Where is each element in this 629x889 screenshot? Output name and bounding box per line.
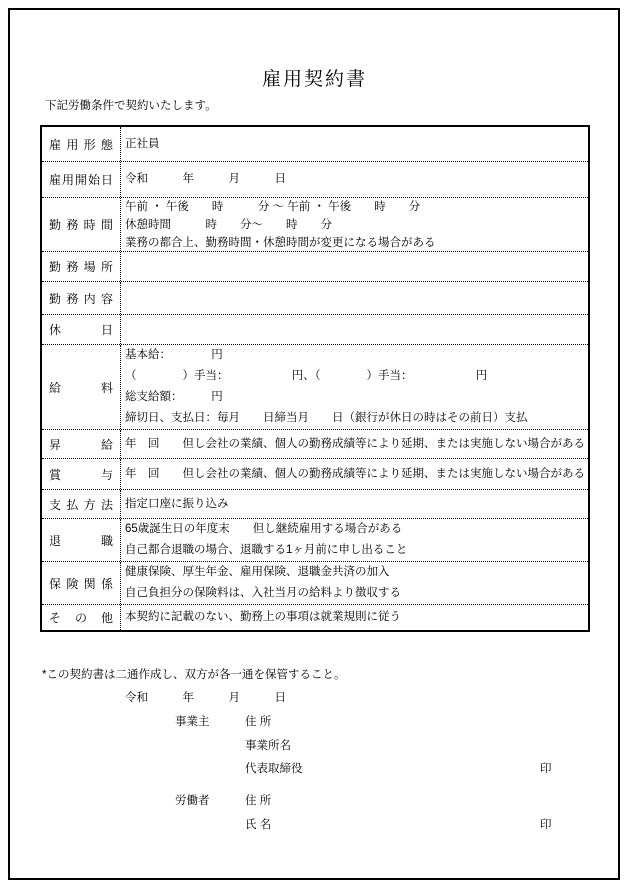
table-row-salary: 給料 基本給： 円 （ ）手当： 円、（ ）手当： 円 総支給額： 円 締切日、… <box>42 345 588 430</box>
table-row-retirement: 退職 65歳誕生日の年度末 但し継続雇用する場合がある 自己都合退職の場合、退職… <box>42 519 588 562</box>
signature-date-line: 令和 年 月 日 <box>125 689 286 705</box>
row-label: 退職 <box>49 532 113 549</box>
worker-seal-mark: 印 <box>540 816 552 832</box>
worker-role-label: 労働者 <box>175 792 210 808</box>
row-label-cell: 勤務時間 <box>42 198 121 251</box>
row-content-cell <box>121 315 588 344</box>
row-content-cell: 正社員 <box>121 127 588 161</box>
table-row-employment-type: 雇用形態 正社員 <box>42 127 588 162</box>
row-content-line: 本契約に記載のない、勤務上の事項は就業規則に従う <box>125 607 588 628</box>
row-content-cell: 年 回 但し会社の業績、個人の勤務成績等により延期、または実施しない場合がある <box>121 459 588 489</box>
employer-address-label: 住 所 <box>245 713 271 729</box>
row-label-cell: 保険関係 <box>42 562 121 604</box>
row-label: 賞与 <box>49 466 113 483</box>
row-label: その他 <box>49 609 113 626</box>
table-row-raise: 昇給 年 回 但し会社の業績、個人の勤務成績等により延期、または実施しない場合が… <box>42 430 588 459</box>
table-row-work-description: 勤務内容 <box>42 282 588 315</box>
row-label: 給料 <box>49 379 113 396</box>
row-label: 昇給 <box>49 436 113 453</box>
intro-text: 下記労働条件で契約いたします。 <box>45 97 217 113</box>
row-content-line: 年 回 但し会社の業績、個人の勤務成績等により延期、または実施しない場合がある <box>125 464 588 485</box>
table-row-holidays: 休日 <box>42 315 588 345</box>
employer-seal-mark: 印 <box>540 760 552 776</box>
row-label-cell: 昇給 <box>42 430 121 458</box>
row-content-cell: 65歳誕生日の年度末 但し継続雇用する場合がある 自己都合退職の場合、退職する1… <box>121 519 588 561</box>
row-label: 勤務場所 <box>49 258 113 275</box>
row-content-line: 業務の都合上、勤務時間・休憩時間が変更になる場合がある <box>125 234 588 252</box>
row-content-cell: 指定口座に振り込み <box>121 490 588 518</box>
row-label-cell: 勤務場所 <box>42 252 121 281</box>
row-content-line: 年 回 但し会社の業績、個人の勤務成績等により延期、または実施しない場合がある <box>125 434 588 455</box>
row-content-line: 健康保険、厚生年金、雇用保険、退職金共済の加入 <box>125 562 588 583</box>
worker-address-label: 住 所 <box>245 792 271 808</box>
row-content-line: 休憩時間 時 分～ 時 分 <box>125 216 588 234</box>
row-label-cell: 賞与 <box>42 459 121 489</box>
table-row-working-hours: 勤務時間 午前 ・ 午後 時 分 ～ 午前 ・ 午後 時 分 休憩時間 時 分～… <box>42 198 588 252</box>
row-label: 雇用開始日 <box>49 171 113 188</box>
worker-name-label: 氏 名 <box>245 816 271 832</box>
row-content-cell: 午前 ・ 午後 時 分 ～ 午前 ・ 午後 時 分 休憩時間 時 分～ 時 分 … <box>121 198 588 251</box>
table-row-start-date: 雇用開始日 令和 年 月 日 <box>42 162 588 198</box>
row-content-line: （ ）手当： 円、（ ）手当： 円 <box>125 366 588 387</box>
row-content-cell <box>121 252 588 281</box>
row-content-cell: 基本給： 円 （ ）手当： 円、（ ）手当： 円 総支給額： 円 締切日、支払日… <box>121 345 588 429</box>
row-content-line: 基本給： 円 <box>125 345 588 366</box>
employer-office-name-label: 事業所名 <box>245 737 291 753</box>
row-label: 勤務時間 <box>49 216 113 233</box>
table-row-other: その他 本契約に記載のない、勤務上の事項は就業規則に従う <box>42 605 588 630</box>
row-label-cell: 雇用形態 <box>42 127 121 161</box>
contract-table: 雇用形態 正社員 雇用開始日 令和 年 月 日 勤務時間 午前 ・ 午後 時 分… <box>40 125 590 632</box>
row-content-line: 指定口座に振り込み <box>125 494 588 515</box>
row-label: 休日 <box>49 321 113 338</box>
table-row-insurance: 保険関係 健康保険、厚生年金、雇用保険、退職金共済の加入 自己負担分の保険料は、… <box>42 562 588 605</box>
row-content-line: 自己負担分の保険料は、入社当月の給料より徴収する <box>125 583 588 604</box>
row-content-cell: 本契約に記載のない、勤務上の事項は就業規則に従う <box>121 605 588 630</box>
row-label-cell: その他 <box>42 605 121 630</box>
row-label-cell: 給料 <box>42 345 121 429</box>
row-content-line: 令和 年 月 日 <box>125 169 588 190</box>
row-content-cell: 健康保険、厚生年金、雇用保険、退職金共済の加入 自己負担分の保険料は、入社当月の… <box>121 562 588 604</box>
row-label-cell: 勤務内容 <box>42 282 121 314</box>
table-row-work-location: 勤務場所 <box>42 252 588 282</box>
row-label: 支払方法 <box>49 496 113 513</box>
row-label: 雇用形態 <box>49 136 113 153</box>
row-content-line: 正社員 <box>125 134 588 155</box>
row-content-cell: 年 回 但し会社の業績、個人の勤務成績等により延期、または実施しない場合がある <box>121 430 588 458</box>
row-label-cell: 雇用開始日 <box>42 162 121 197</box>
row-label-cell: 支払方法 <box>42 490 121 518</box>
employer-role-label: 事業主 <box>175 713 210 729</box>
document-title: 雇用契約書 <box>0 64 629 91</box>
row-content-line: 自己都合退職の場合、退職する1ヶ月前に申し出ること <box>125 540 588 561</box>
row-content-cell <box>121 282 588 314</box>
row-label-cell: 休日 <box>42 315 121 344</box>
row-label-cell: 退職 <box>42 519 121 561</box>
row-content-line: 総支給額： 円 <box>125 387 588 408</box>
row-label: 保険関係 <box>49 575 113 592</box>
row-content-cell: 令和 年 月 日 <box>121 162 588 197</box>
copies-note: *この契約書は二通作成し、双方が各一通を保管すること。 <box>42 666 345 682</box>
employer-representative-label: 代表取締役 <box>245 760 303 776</box>
row-label: 勤務内容 <box>49 290 113 307</box>
row-content-line: 午前 ・ 午後 時 分 ～ 午前 ・ 午後 時 分 <box>125 198 588 216</box>
table-row-bonus: 賞与 年 回 但し会社の業績、個人の勤務成績等により延期、または実施しない場合が… <box>42 459 588 490</box>
table-row-payment-method: 支払方法 指定口座に振り込み <box>42 490 588 519</box>
row-content-line: 65歳誕生日の年度末 但し継続雇用する場合がある <box>125 519 588 540</box>
row-content-line: 締切日、支払日：毎月 日締当月 日（銀行が休日の時はその前日）支払 <box>125 408 588 429</box>
